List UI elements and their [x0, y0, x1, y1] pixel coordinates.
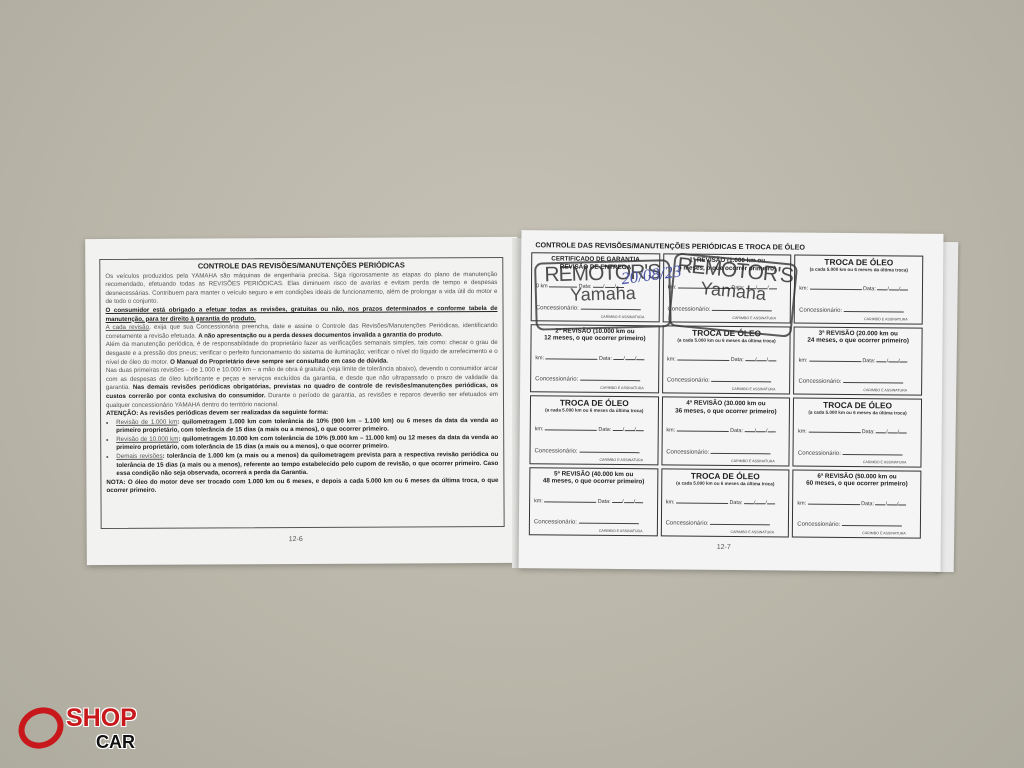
stamp-signature-label: CARIMBO E ASSINATURA	[864, 317, 908, 321]
dealer-row: Concessionário:	[798, 450, 917, 457]
km-date-row: km: Data: //	[798, 429, 917, 436]
dealer-stamp: REMOTOR'S Yamaha	[668, 252, 799, 338]
stamp-signature-label: CARIMBO E ASSINATURA	[730, 530, 774, 534]
stamp-signature-label: CARIMBO E ASSINATURA	[732, 387, 776, 391]
revision-coupon: TROCA DE ÓLEO (a cada 5.000 km ou 6 mese…	[794, 255, 923, 325]
intro-paragraph: Os veículos produzidos pela YAMAHA são m…	[105, 271, 497, 307]
km-date-row: km: Data: //	[666, 427, 785, 434]
right-page: CONTROLE DAS REVISÕES/MANUTENÇÕES PERIÓD…	[519, 230, 944, 572]
dealer-row: Concessionário:	[797, 522, 916, 529]
page-number-right: 12-7	[717, 544, 731, 551]
stamp-signature-label: CARIMBO E ASSINATURA	[599, 529, 643, 533]
dealer-row: Concessionário:	[666, 520, 785, 527]
km-date-row: km: Data: //	[797, 500, 916, 507]
left-page: CONTROLE DAS REVISÕES/MANUTENÇÕES PERIÓD…	[85, 237, 519, 565]
dealer-row: Concessionário:	[798, 379, 917, 386]
revision-coupon: 2ª REVISÃO (10.000 km ou 12 meses, o que…	[530, 324, 659, 394]
km-date-row: km: Data: //	[535, 426, 654, 433]
owner-checks-paragraph: Além da manutenção periódica, é de respo…	[106, 339, 498, 367]
open-manual-booklet: CONTROLE DAS REVISÕES/MANUTENÇÕES PERIÓD…	[86, 232, 956, 572]
revision-coupon: TROCA DE ÓLEO (a cada 5.000 km ou 6 mese…	[793, 398, 922, 468]
coupon-subtitle: (a cada 5.000 km ou 6 meses da última tr…	[799, 267, 918, 273]
revision-rules-list: Revisão de 1.000 km: quilometragem 1.000…	[106, 417, 498, 479]
rule-item: Revisão de 10.000 km: quilometragem 10.0…	[116, 434, 498, 453]
revision-coupon: 5ª REVISÃO (40.000 km ou 48 meses, o que…	[529, 467, 658, 537]
rule-item: Demais revisões: tolerância de 1.000 km …	[116, 451, 498, 479]
dealer-row: Concessionário:	[667, 377, 786, 384]
stamp-signature-label: CARIMBO E ASSINATURA	[600, 386, 644, 390]
revision-coupon: TROCA DE ÓLEO (a cada 5.000 km ou 6 mese…	[660, 468, 789, 538]
coupon-subtitle: 36 meses, o que ocorrer primeiro)	[667, 407, 786, 416]
revision-coupon: 4ª REVISÃO (30.000 km ou 36 meses, o que…	[661, 396, 790, 466]
page-number-left: 12-6	[289, 536, 303, 543]
stamp-signature-label: CARIMBO E ASSINATURA	[863, 388, 907, 392]
coupon-subtitle: (a cada 5.000 km ou 6 meses da última tr…	[666, 480, 785, 486]
obligation-paragraph: O consumidor está obrigado a efetuar tod…	[106, 305, 498, 324]
coupon-subtitle: (a cada 5.000 km ou 6 meses da última tr…	[667, 337, 786, 343]
coupon-subtitle: 12 meses, o que ocorrer primeiro)	[536, 334, 655, 343]
shopcar-watermark-logo: SHOP CAR	[18, 702, 158, 758]
km-date-row: km: Data: //	[667, 356, 786, 363]
coupon-subtitle: 24 meses, o que ocorrer primeiro)	[799, 337, 918, 346]
oil-note: NOTA: O óleo do motor deve ser trocado c…	[106, 477, 498, 496]
coupon-subtitle: 48 meses, o que ocorrer primeiro)	[534, 477, 653, 486]
coupon-subtitle: 60 meses, o que ocorrer primeiro)	[798, 480, 917, 489]
tire-ring-icon	[12, 700, 71, 756]
dealer-row: Concessionário:	[666, 449, 785, 456]
revision-coupon: 3ª REVISÃO (20.000 km ou 24 meses, o que…	[793, 326, 922, 396]
maintenance-info-box: CONTROLE DAS REVISÕES/MANUTENÇÕES PERIÓD…	[99, 257, 504, 529]
dealer-row: Concessionário:	[535, 376, 654, 383]
stamp-signature-label: CARIMBO E ASSINATURA	[862, 531, 906, 535]
km-date-row: km: Data: //	[666, 499, 785, 506]
dealer-row: Concessionário:	[535, 448, 654, 455]
coupon-subtitle: (a cada 5.000 km ou 6 meses da última tr…	[535, 407, 654, 413]
dealer-row: Concessionário:	[534, 519, 653, 526]
dealer-row: Concessionário:	[799, 307, 918, 314]
km-date-row: km: Data: //	[799, 286, 918, 293]
revision-coupon: TROCA DE ÓLEO (a cada 5.000 km ou 6 mese…	[529, 395, 658, 465]
right-page-title: CONTROLE DAS REVISÕES/MANUTENÇÕES PERIÓD…	[535, 240, 805, 251]
each-revision-paragraph: A cada revisão, exija que sua Concession…	[106, 322, 498, 341]
coupon-subtitle: (a cada 5.000 km ou 6 meses da última tr…	[798, 410, 917, 416]
revision-coupon: 6ª REVISÃO (50.000 km ou 60 meses, o que…	[792, 469, 921, 539]
stamp-signature-label: CARIMBO E ASSINATURA	[731, 459, 775, 463]
stamp-signature-label: CARIMBO E ASSINATURA	[599, 457, 643, 461]
km-date-row: km: Data: //	[534, 498, 653, 505]
rule-item: Revisão de 1.000 km: quilometragem 1.000…	[116, 417, 498, 436]
km-date-row: km: Data: //	[799, 357, 918, 364]
km-date-row: km: Data: //	[535, 355, 654, 362]
costs-paragraph: Nas duas primeiras revisões – de 1.000 e…	[106, 365, 498, 410]
stamp-signature-label: CARIMBO E ASSINATURA	[863, 460, 907, 464]
